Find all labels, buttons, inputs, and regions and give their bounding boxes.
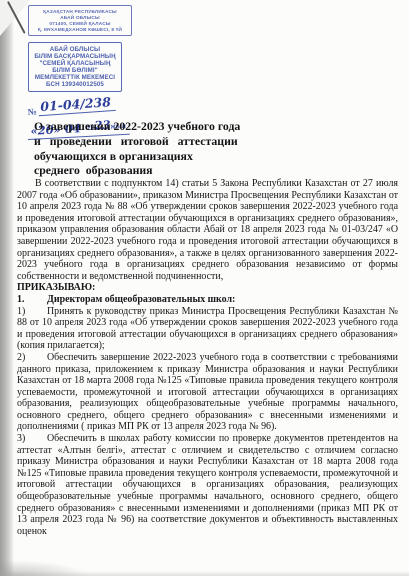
handwritten-document-number: 01-04/238 (38, 94, 116, 116)
scanned-document-page: ҚАЗАҚСТАН РЕСПУБЛИКАСЫ АБАЙ ОБЛЫСЫ 07140… (0, 0, 409, 576)
stamp-org-line: МЕМЛЕКЕТТІК МЕКЕМЕСІ (30, 74, 120, 81)
stamp-address-line: Қ. МҰХАМЕДХАНОВ КӨШЕСІ, 8 ҮЙ (30, 27, 130, 33)
item-number: 3) (17, 433, 47, 445)
order-item-directors: 1.Директорам общеобразовательных школ: (17, 294, 398, 306)
item-text: Обеспечить завершение 2022-2023 учебного… (17, 352, 398, 433)
stamp-organization-box: АБАЙ ОБЛЫСЫ БІЛІМ БАСҚАРМАСЫНЫҢ "СЕМЕЙ Қ… (28, 42, 122, 92)
scan-bottom-edge (0, 571, 409, 576)
document-body: В соответствии с подпунктом 14) статьи 5… (17, 178, 398, 537)
stamp-address-box: ҚАЗАҚСТАН РЕСПУБЛИКАСЫ АБАЙ ОБЛЫСЫ 07140… (28, 5, 132, 36)
order-heading: ПРИКАЗЫВАЮ: (17, 282, 398, 294)
item-number: 1) (17, 306, 47, 318)
item-number: 2) (17, 352, 47, 364)
order-subitem-3: 3)Обеспечить в школах работу комиссии по… (17, 433, 398, 537)
order-subitem-2: 2)Обеспечить завершение 2022-2023 учебно… (17, 352, 398, 433)
title-line: и проведении итоговой аттестации (34, 134, 334, 149)
order-subitem-1: 1)Принять к руководству приказ Министра … (17, 306, 398, 352)
scan-left-edge (0, 0, 14, 576)
title-line: О завершении 2022-2023 учебного года (34, 119, 334, 134)
number-sign-label: № (27, 107, 39, 118)
intro-paragraph: В соответствии с подпунктом 14) статьи 5… (17, 178, 398, 282)
item-text: Обеспечить в школах работу комиссии по п… (17, 433, 398, 537)
document-number-row: № 01-04/238 (27, 92, 143, 117)
stamp-org-line: БСН 139340012505 (30, 81, 120, 88)
stamp-org-line: "СЕМЕЙ ҚАЛАСЫНЫҢ (30, 60, 120, 67)
title-line: обучающихся в организациях (34, 149, 334, 164)
document-title: О завершении 2022-2023 учебного года и п… (34, 119, 334, 178)
title-line: среднего образования (34, 163, 334, 178)
item-text: Директорам общеобразовательных школ: (47, 294, 235, 305)
stamp-org-line: БІЛІМ БӨЛІМІ" (30, 67, 120, 74)
stamp-org-line: АБАЙ ОБЛЫСЫ (30, 46, 120, 53)
item-number: 1. (17, 294, 47, 306)
item-text: Принять к руководству приказ Министра Пр… (17, 306, 398, 352)
